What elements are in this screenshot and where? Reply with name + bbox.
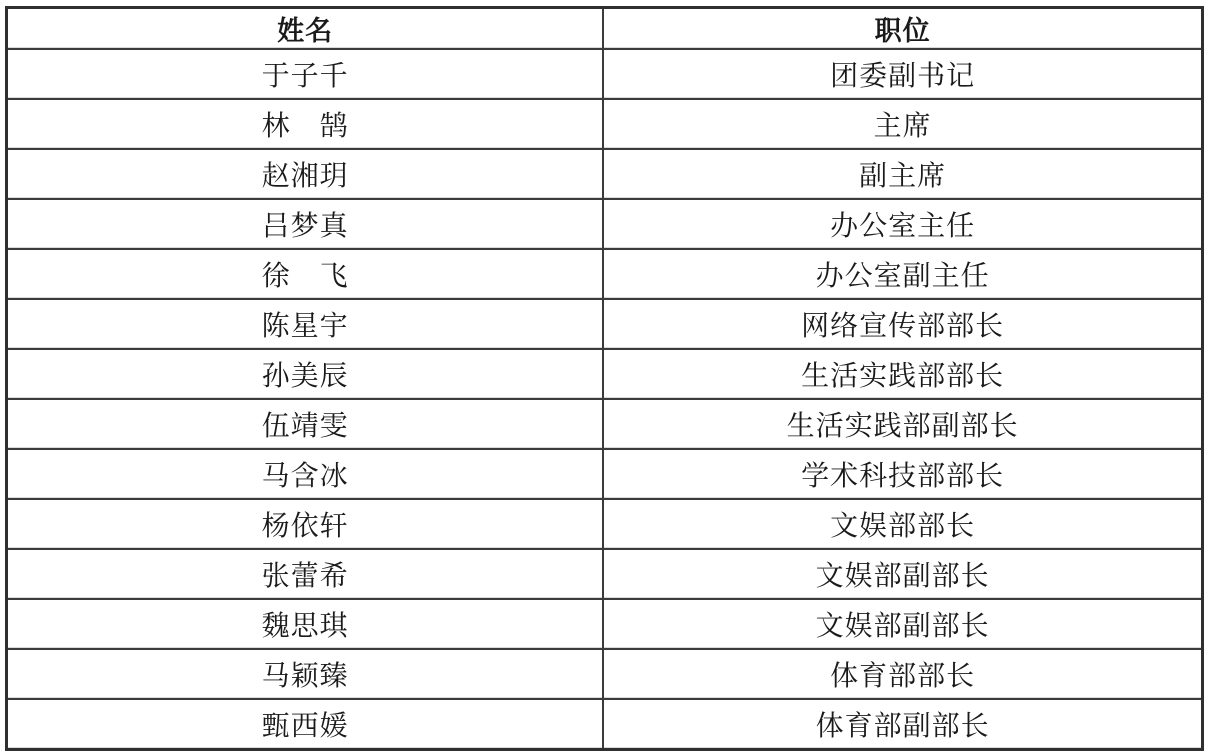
name-cell: 林 鹄 — [7, 99, 604, 149]
document-page: 姓名 职位 于子千 团委副书记 林 鹄 主席 赵湘玥 副主席 吕梦真 办公室主任… — [0, 0, 1210, 752]
name-cell: 徐 飞 — [7, 249, 604, 299]
position-cell: 学术科技部部长 — [603, 449, 1202, 499]
position-cell: 网络宣传部部长 — [603, 299, 1202, 349]
position-cell: 体育部部长 — [603, 649, 1202, 699]
name-cell: 张蕾希 — [7, 549, 604, 599]
table-row: 徐 飞 办公室副主任 — [7, 249, 1203, 299]
name-cell: 陈星宇 — [7, 299, 604, 349]
name-cell: 魏思琪 — [7, 599, 604, 649]
position-cell: 文娱部副部长 — [603, 599, 1202, 649]
table-row: 陈星宇 网络宣传部部长 — [7, 299, 1203, 349]
name-cell: 孙美辰 — [7, 349, 604, 399]
table-row: 马含冰 学术科技部部长 — [7, 449, 1203, 499]
table-row: 甄西媛 体育部副部长 — [7, 699, 1203, 750]
table-row: 魏思琪 文娱部副部长 — [7, 599, 1203, 649]
position-cell: 生活实践部副部长 — [603, 399, 1202, 449]
table-row: 伍靖雯 生活实践部副部长 — [7, 399, 1203, 449]
name-cell: 于子千 — [7, 49, 604, 99]
header-row: 姓名 职位 — [7, 8, 1203, 50]
position-cell: 文娱部副部长 — [603, 549, 1202, 599]
table-row: 孙美辰 生活实践部部长 — [7, 349, 1203, 399]
name-cell: 吕梦真 — [7, 199, 604, 249]
position-cell: 体育部副部长 — [603, 699, 1202, 750]
position-cell: 生活实践部部长 — [603, 349, 1202, 399]
name-cell: 伍靖雯 — [7, 399, 604, 449]
name-cell: 杨依轩 — [7, 499, 604, 549]
table-row: 吕梦真 办公室主任 — [7, 199, 1203, 249]
name-cell: 马含冰 — [7, 449, 604, 499]
table-row: 赵湘玥 副主席 — [7, 149, 1203, 199]
table-row: 张蕾希 文娱部副部长 — [7, 549, 1203, 599]
position-cell: 主席 — [603, 99, 1202, 149]
column-header-name: 姓名 — [7, 8, 604, 50]
name-cell: 赵湘玥 — [7, 149, 604, 199]
table-body: 于子千 团委副书记 林 鹄 主席 赵湘玥 副主席 吕梦真 办公室主任 徐 飞 办… — [7, 49, 1203, 750]
position-cell: 文娱部部长 — [603, 499, 1202, 549]
column-header-position: 职位 — [603, 8, 1202, 50]
roster-table: 姓名 职位 于子千 团委副书记 林 鹄 主席 赵湘玥 副主席 吕梦真 办公室主任… — [5, 6, 1204, 751]
position-cell: 副主席 — [603, 149, 1202, 199]
table-row: 杨依轩 文娱部部长 — [7, 499, 1203, 549]
table-row: 林 鹄 主席 — [7, 99, 1203, 149]
position-cell: 办公室副主任 — [603, 249, 1202, 299]
name-cell: 马颖臻 — [7, 649, 604, 699]
table-row: 于子千 团委副书记 — [7, 49, 1203, 99]
name-cell: 甄西媛 — [7, 699, 604, 750]
table-row: 马颖臻 体育部部长 — [7, 649, 1203, 699]
position-cell: 团委副书记 — [603, 49, 1202, 99]
position-cell: 办公室主任 — [603, 199, 1202, 249]
